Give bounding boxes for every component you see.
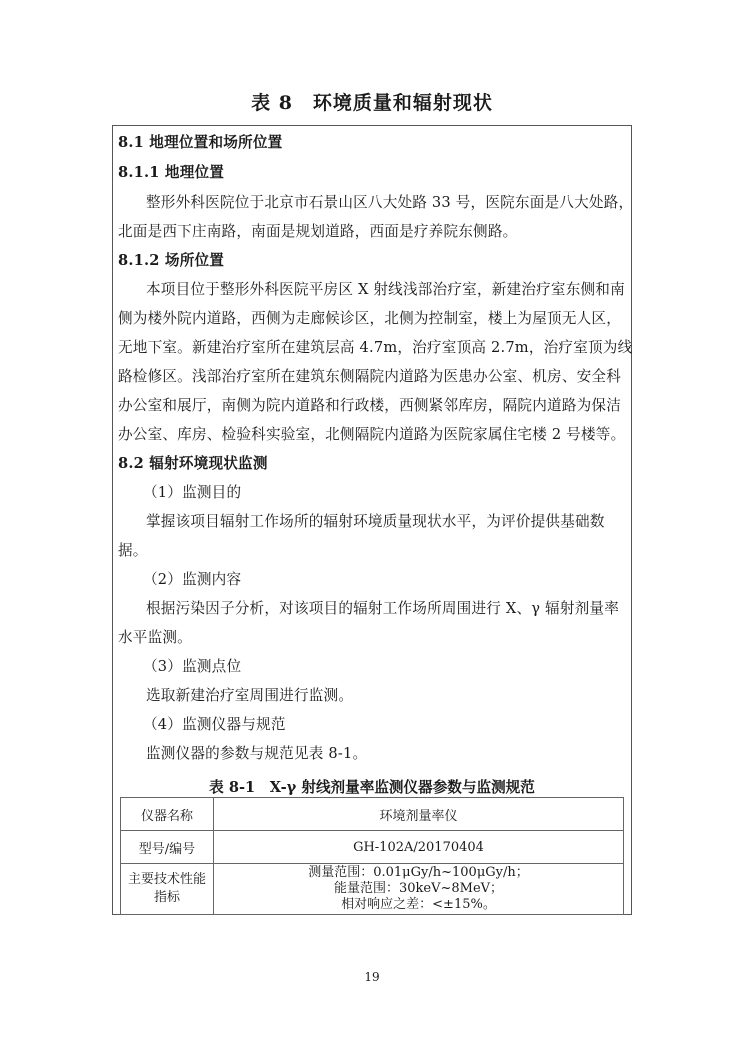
spec-line: 测量范围：0.01μGy/h~100μGy/h； — [214, 865, 623, 881]
paragraph-line: 北面是西下庄南路，南面是规划道路，西面是疗养院东侧路。 — [118, 222, 628, 242]
table-cell-label: 主要技术性能 指标 — [121, 864, 214, 915]
label-line: 主要技术性能 — [121, 871, 213, 889]
paragraph-line: 办公室、库房、检验科实验室，北侧隔院内道路为医院家属住宅楼 2 号楼等。 — [118, 425, 628, 445]
label-line: 指标 — [121, 889, 213, 907]
paragraph-line: 根据污染因子分析，对该项目的辐射工作场所周围进行 X、γ 辐射剂量率 — [146, 599, 656, 619]
table-cell-label: 仪器名称 — [121, 798, 214, 831]
section-8-1-heading: 8.1 地理位置和场所位置 — [118, 133, 628, 153]
section-8-1-2-heading: 8.1.2 场所位置 — [118, 251, 628, 271]
paragraph-line: 选取新建治疗室周围进行监测。 — [146, 686, 656, 706]
page-title: 表 8 环境质量和辐射现状 — [0, 88, 744, 115]
table-row: 仪器名称 环境剂量率仪 — [121, 798, 624, 831]
table-caption: 表 8-1 X-γ 射线剂量率监测仪器参数与监测规范 — [0, 776, 744, 797]
table-cell-value: 环境剂量率仪 — [214, 798, 624, 831]
paragraph-line: 无地下室。新建治疗室所在建筑层高 4.7m，治疗室顶高 2.7m，治疗室顶为线 — [118, 338, 628, 358]
paragraph-line: 掌握该项目辐射工作场所的辐射环境质量现状水平，为评价提供基础数 — [146, 512, 656, 532]
paragraph-line: 水平监测。 — [118, 628, 628, 648]
subsection-heading: （3）监测点位 — [143, 657, 653, 677]
spec-line: 能量范围：30keV~8MeV； — [214, 881, 623, 897]
paragraph-line: 整形外科医院位于北京市石景山区八大处路 33 号，医院东面是八大处路， — [146, 193, 656, 213]
section-8-2-heading: 8.2 辐射环境现状监测 — [118, 454, 628, 474]
table-cell-value: 测量范围：0.01μGy/h~100μGy/h； 能量范围：30keV~8MeV… — [214, 864, 624, 915]
page-number: 19 — [0, 970, 744, 984]
paragraph-line: 监测仪器的参数与规范见表 8-1。 — [146, 744, 656, 764]
spec-line: 相对响应之差：<±15%。 — [214, 897, 623, 913]
subsection-heading: （1）监测目的 — [143, 483, 653, 503]
table-cell-value: GH-102A/20170404 — [214, 831, 624, 864]
subsection-heading: （2）监测内容 — [143, 570, 653, 590]
paragraph-line: 路检修区。浅部治疗室所在建筑东侧隔院内道路为医患办公室、机房、安全科 — [118, 367, 628, 387]
table-row: 型号/编号 GH-102A/20170404 — [121, 831, 624, 864]
subsection-heading: （4）监测仪器与规范 — [143, 715, 653, 735]
table-row: 主要技术性能 指标 测量范围：0.01μGy/h~100μGy/h； 能量范围：… — [121, 864, 624, 915]
paragraph-line: 办公室和展厅，南侧为院内道路和行政楼，西侧紧邻库房，隔院内道路为保洁 — [118, 396, 628, 416]
instrument-spec-table: 仪器名称 环境剂量率仪 型号/编号 GH-102A/20170404 主要技术性… — [120, 797, 624, 915]
table-cell-label: 型号/编号 — [121, 831, 214, 864]
section-8-1-1-heading: 8.1.1 地理位置 — [118, 163, 628, 183]
paragraph-line: 本项目位于整形外科医院平房区 X 射线浅部治疗室，新建治疗室东侧和南 — [146, 280, 656, 300]
paragraph-line: 据。 — [118, 541, 628, 561]
paragraph-line: 侧为楼外院内道路，西侧为走廊候诊区，北侧为控制室，楼上为屋顶无人区， — [118, 309, 628, 329]
